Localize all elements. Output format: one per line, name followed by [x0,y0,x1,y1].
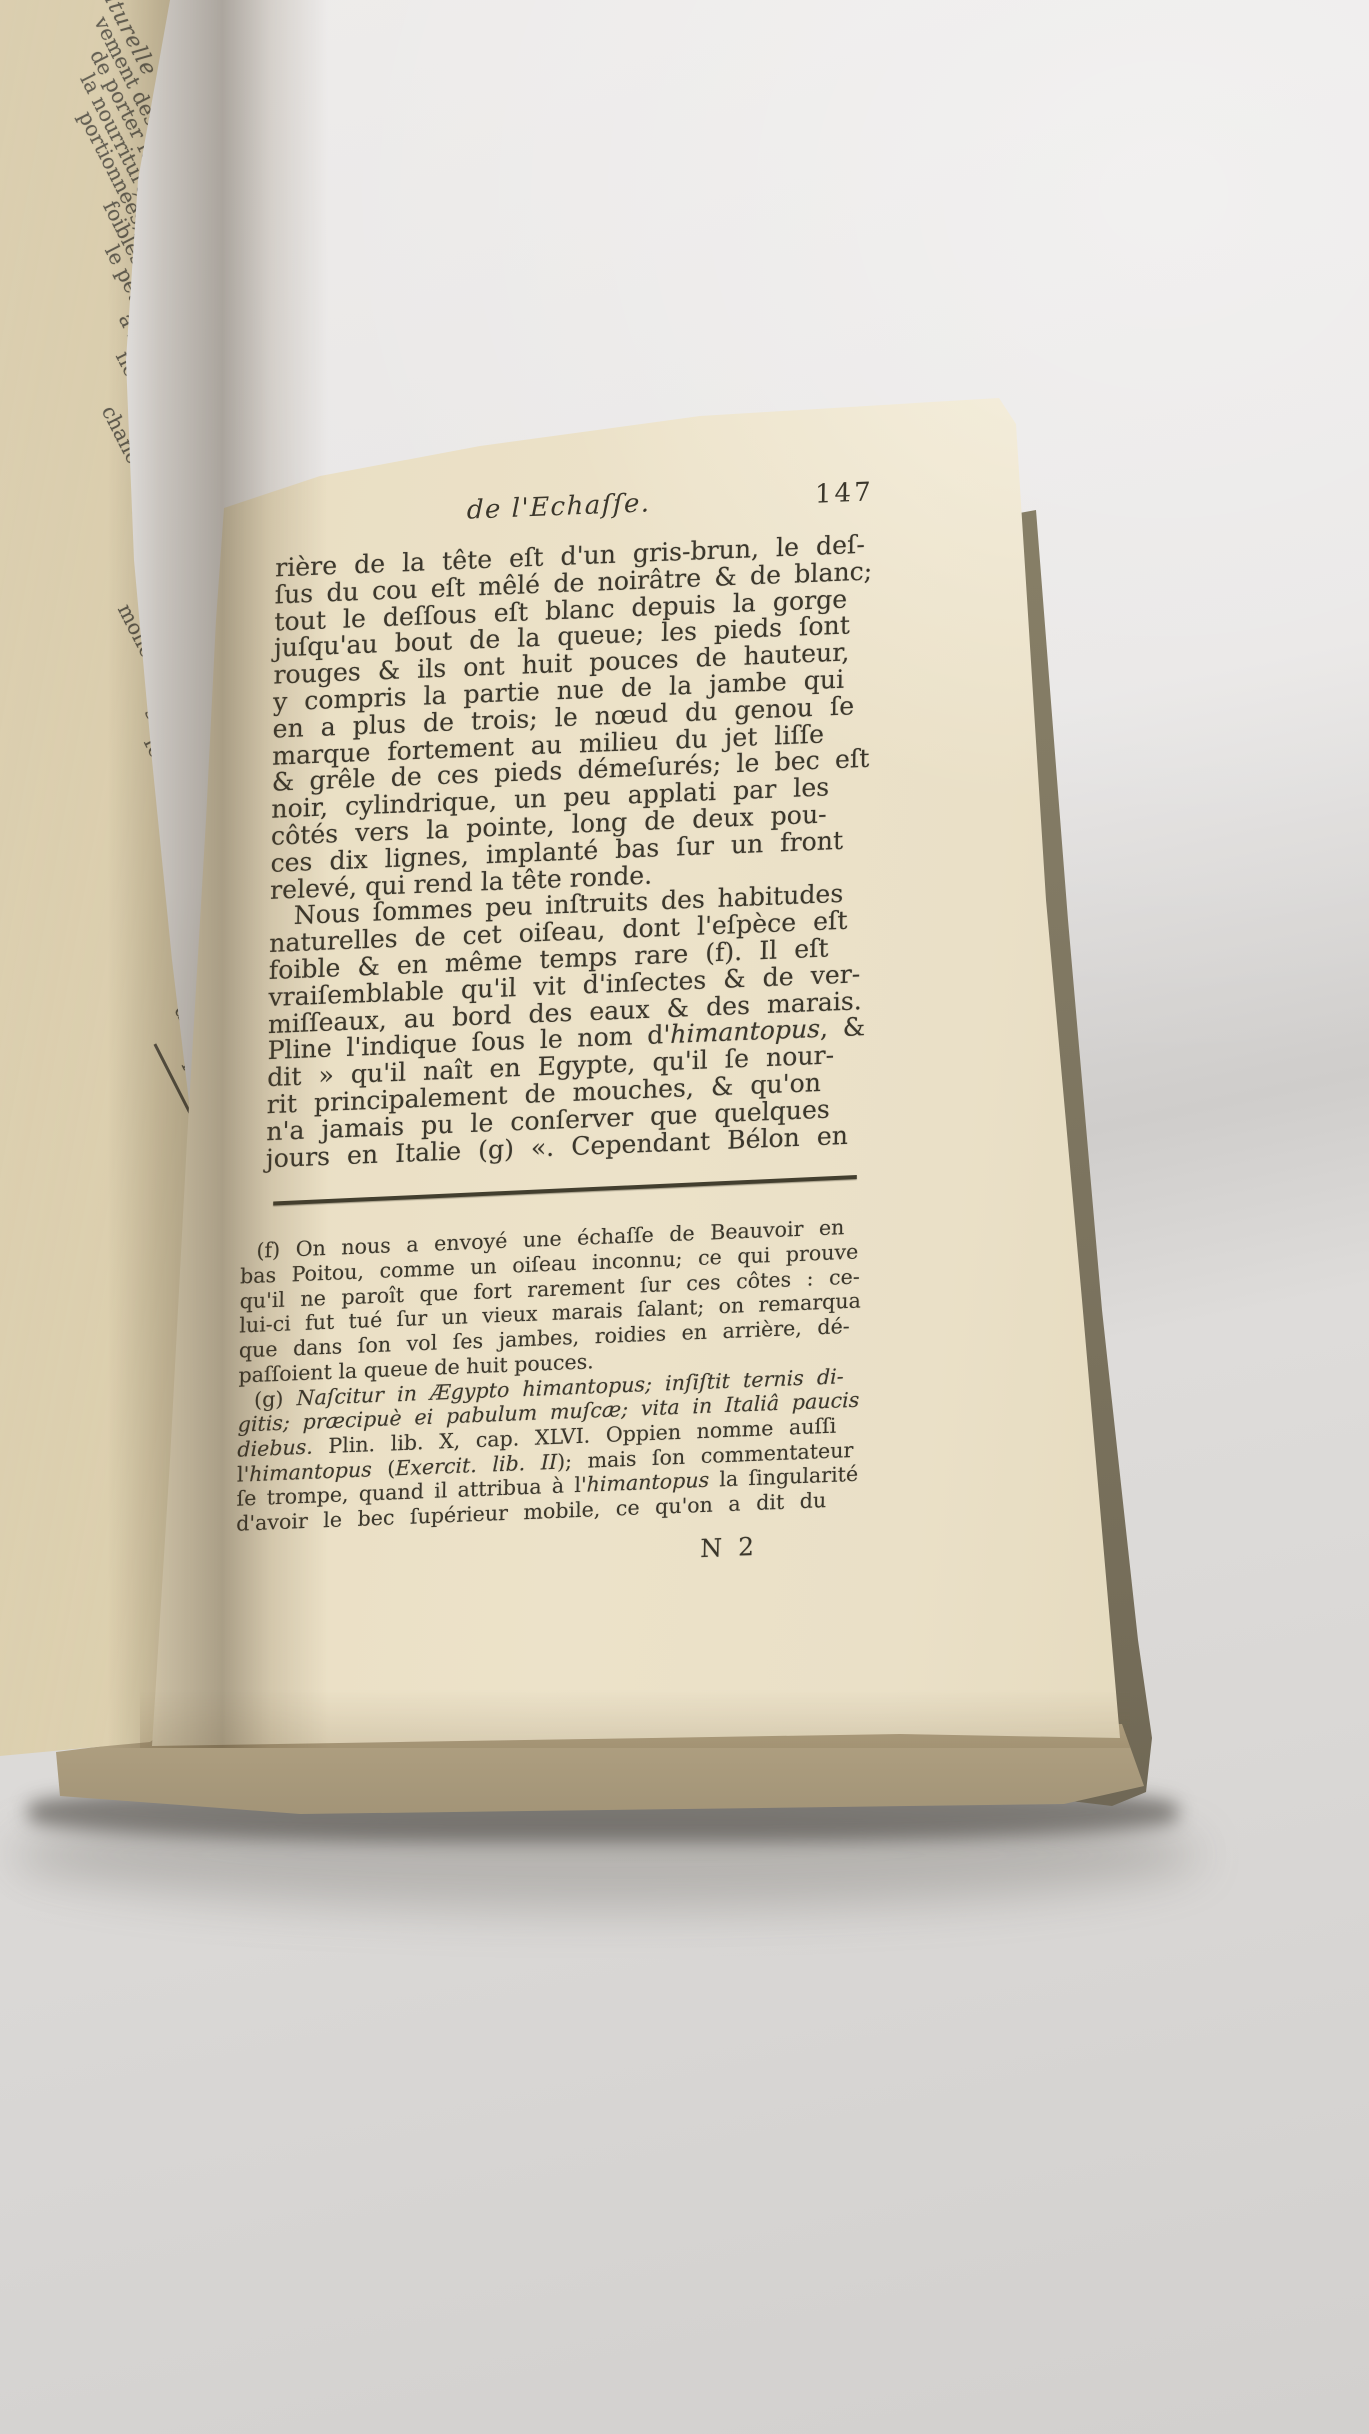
footnote-g: (g) Naſcitur in Ægypto himantopus; inſiſ… [236,1363,860,1536]
running-head: de l'Echaſſe. [242,479,876,534]
signature-mark: N 2 [649,1530,809,1565]
page-number: 147 [815,477,874,509]
footnote-separator-rule [273,1175,857,1206]
body-text: rière de la tête eſt d'un gris-brun, le … [266,531,873,1172]
footnote-f: (f) On nous a envoyé une échaſſe de Beau… [238,1215,862,1388]
page-content: de l'Echaſſe. 147 rière de la tête eſt d… [225,479,875,1582]
book-photo-scene: Hiſtoire naturellevement desde porter ſo… [0,0,1369,2434]
